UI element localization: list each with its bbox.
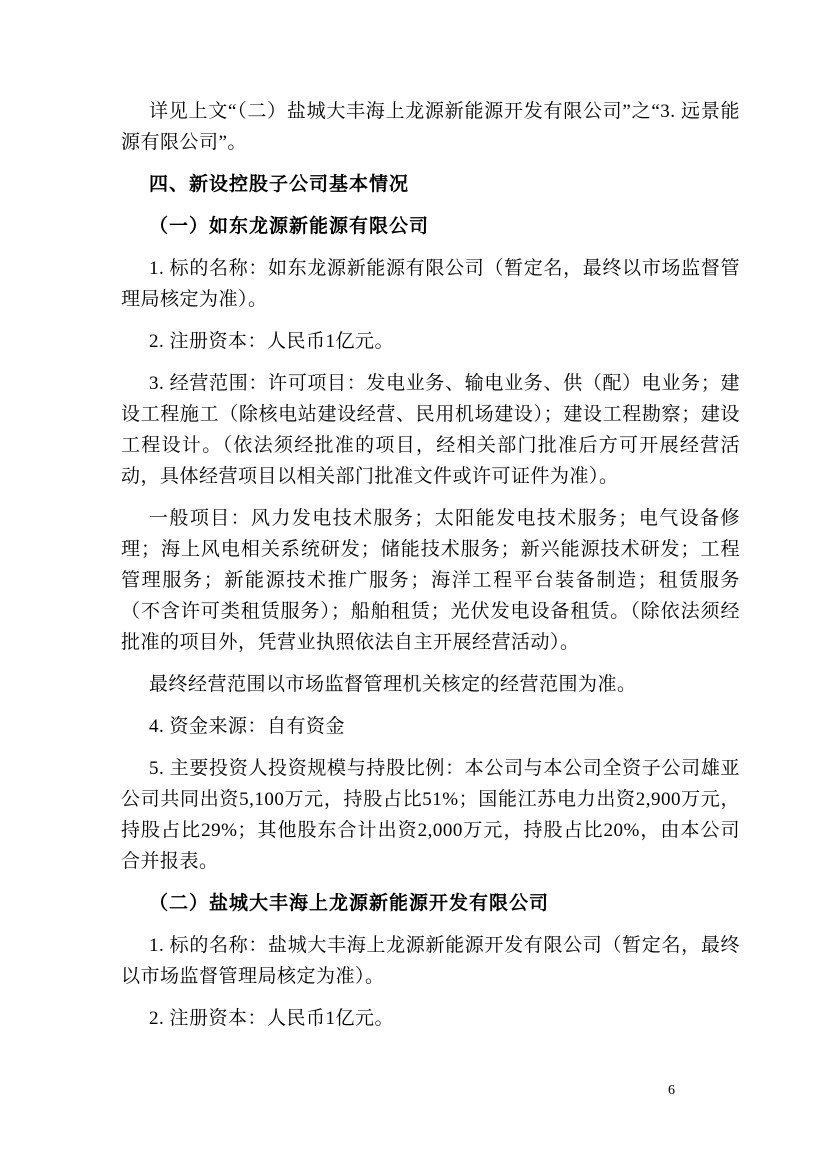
paragraph: 5. 主要投资人投资规模与持股比例：本公司与本公司全资子公司雄亚公司共同出资5,…: [121, 753, 740, 877]
section-heading: 四、新设控股子公司基本情况: [121, 169, 740, 200]
paragraph: 最终经营范围以市场监督管理机关核定的经营范围为准。: [121, 669, 740, 700]
document-body: 详见上文“（二）盐城大丰海上龙源新能源开发有限公司”之“3. 远景能源有限公司”…: [121, 96, 740, 1034]
paragraph: 详见上文“（二）盐城大丰海上龙源新能源开发有限公司”之“3. 远景能源有限公司”…: [121, 96, 740, 158]
section-heading: （一）如东龙源新能源有限公司: [121, 211, 740, 242]
paragraph: 2. 注册资本：人民币1亿元。: [121, 326, 740, 357]
paragraph: 3. 经营范围：许可项目：发电业务、输电业务、供（配）电业务；建设工程施工（除核…: [121, 368, 740, 492]
paragraph: 1. 标的名称：如东龙源新能源有限公司（暂定名，最终以市场监督管理局核定为准）。: [121, 253, 740, 315]
page-number: 6: [668, 1082, 675, 1099]
document-page: 详见上文“（二）盐城大丰海上龙源新能源开发有限公司”之“3. 远景能源有限公司”…: [0, 0, 827, 1169]
paragraph: 一般项目：风力发电技术服务；太阳能发电技术服务；电气设备修理；海上风电相关系统研…: [121, 503, 740, 658]
section-heading: （二）盐城大丰海上龙源新能源开发有限公司: [121, 888, 740, 919]
paragraph: 4. 资金来源：自有资金: [121, 711, 740, 742]
paragraph: 2. 注册资本：人民币1亿元。: [121, 1003, 740, 1034]
paragraph: 1. 标的名称：盐城大丰海上龙源新能源开发有限公司（暂定名，最终以市场监督管理局…: [121, 930, 740, 992]
